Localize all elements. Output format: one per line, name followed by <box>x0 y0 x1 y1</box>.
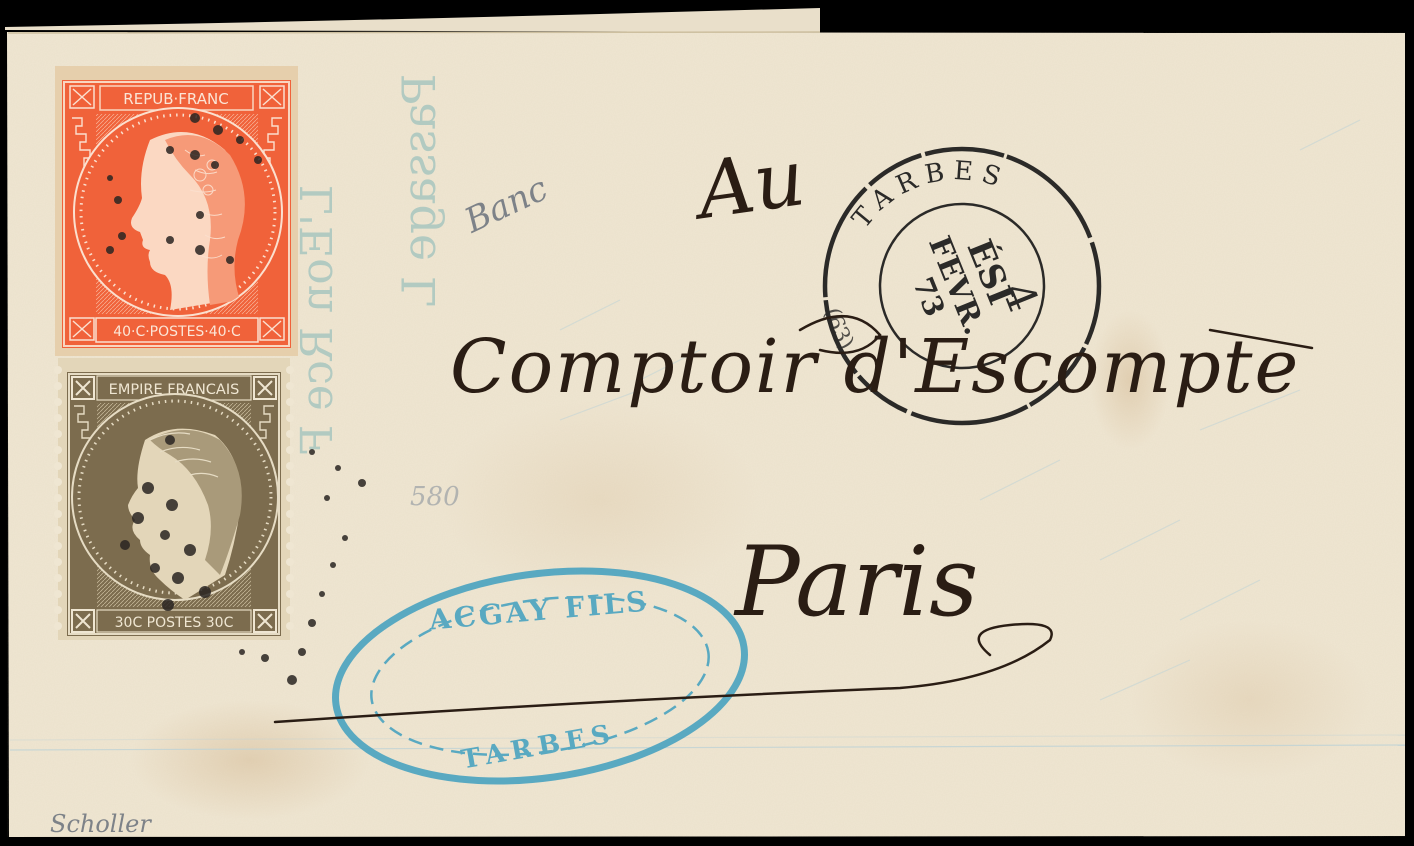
postal-cover-photo: L'Eon Rce F Passage L REPUB·FRANC <box>0 0 1414 846</box>
letterhead-line-1: L'Eon Rce F <box>292 185 343 456</box>
stamp-bottom-label: 30C POSTES 30C <box>115 615 234 631</box>
pencil-number: 580 <box>410 482 460 512</box>
stamp-napoleon-30c: EMPIRE FRANCAIS 30C POSTES 30C <box>54 358 294 640</box>
pencil-signature: Scholler <box>50 810 152 838</box>
letterhead-line-2: Passage L <box>392 74 446 307</box>
address-line-city: Paris <box>733 526 978 638</box>
address-line-recipient: Comptoir d'Escompte <box>450 324 1300 410</box>
stamp-top-label: REPUB·FRANC <box>123 90 228 108</box>
stamp-ceres-40c: REPUB·FRANC 40·C·POSTES·40·C <box>55 66 298 356</box>
stamp-bottom-label: 40·C·POSTES·40·C <box>113 324 241 340</box>
address-line-au: Au <box>686 133 810 238</box>
